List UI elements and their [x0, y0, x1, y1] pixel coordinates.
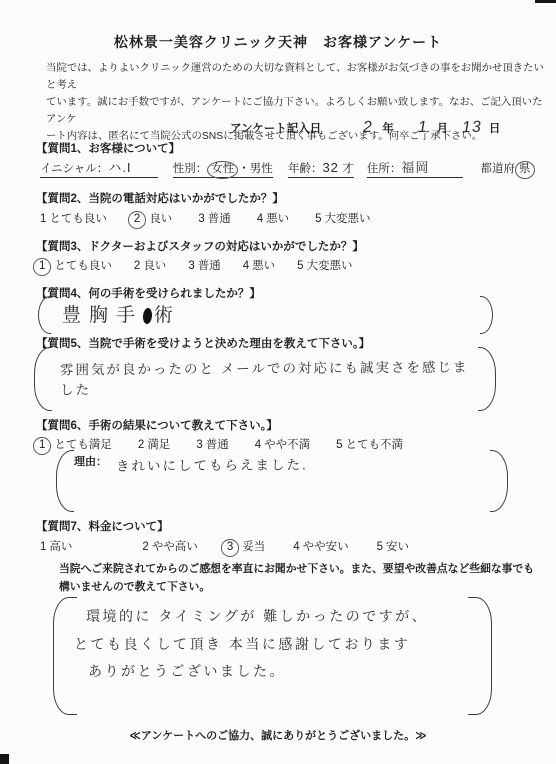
q2-option-2-selected: 2良い [133, 210, 172, 229]
scan-artifact-bottom-corner [0, 754, 9, 764]
final-comment-prompt: 当院へご来院されてからのご感想を率直にお聞かせ下さい。また、要望や改善点など些細… [59, 561, 539, 596]
gender-selection-circle: 女性 [207, 161, 238, 179]
q6-option-4: 4やや不満 [255, 436, 310, 455]
q2-option-4: 4悪い [257, 210, 289, 229]
q2-heading: 【質問2、当院の電話対応はいかがでしたか？】 [36, 190, 284, 206]
q4-answer-bracket-right [480, 296, 493, 334]
q6-option-5: 5とても不満 [336, 436, 403, 455]
q7-option-5: 5安い [377, 538, 409, 557]
date-day-unit: 日 [489, 120, 501, 136]
q6-handwritten-reason: きれいにしてもらえました. [116, 453, 308, 474]
final-prompt-line-1: 当院へご来院されてからのご感想を率直にお聞かせ下さい。また、要望や改善点など些細… [59, 561, 539, 579]
final-handwritten-line-1: 環境的に タイミングが 難しかったのですが、 [86, 606, 428, 626]
q3-option-1-selected: 1とても良い [38, 257, 112, 276]
date-label: アンケート記入日 [230, 120, 321, 136]
scan-artifact-top-edge [535, 0, 556, 3]
scanned-survey-page: 松林景一美容クリニック天神 お客様アンケート 当院では、よりよいクリニック運営の… [0, 0, 556, 764]
q6-reason-bracket-left [56, 450, 74, 512]
prefecture-field: 都道府県 [481, 163, 535, 175]
q2-option-5: 5大変悪い [315, 210, 370, 229]
q3-heading: 【質問3、ドクターおよびスタッフの対応はいかがでしたか？】 [36, 238, 364, 254]
q3-option-3: 3普通 [188, 257, 220, 276]
q4-heading: 【質問4、何の手術を受けられましたか？】 [36, 285, 261, 301]
date-month-unit: 月 [437, 120, 449, 136]
q5-heading: 【質問5、当院で手術を受けようと決めた理由を教えて下さい。】 [36, 335, 370, 351]
q1-fields-row: イニシャル：ハ.I 性別：女性・男性 年齢：32 才 住所：福岡 都道府県 [40, 157, 535, 176]
survey-date-row: アンケート記入日 2 年 1 月 13 日 [230, 119, 500, 137]
prefecture-selection-circle: 県 [515, 161, 535, 179]
q7-selection-circle: 3 [221, 539, 239, 557]
q7-option-3-selected: 3妥当 [226, 538, 265, 557]
age-unit: 才 [342, 163, 354, 175]
q6-option-3: 3普通 [196, 436, 228, 455]
q2-option-1: 1とても良い [40, 210, 107, 229]
survey-title: 松林景一美容クリニック天神 お客様アンケート [0, 32, 556, 52]
address-handwritten-value: 福岡 [401, 160, 429, 175]
gender-field: 性別：女性・男性 [173, 163, 273, 178]
prefecture-prefix: 都道府 [481, 163, 516, 175]
q3-option-5: 5大変悪い [297, 257, 352, 276]
q5-handwritten-answer: 雰囲気が良かったのと メールでの対応にも誠実さを感じました [60, 356, 480, 399]
age-handwritten-value: 32 [322, 160, 338, 175]
q7-option-4: 4やや安い [293, 538, 348, 557]
final-handwritten-line-2: とても良くして頂き 本当に感謝しております [74, 634, 410, 654]
address-label: 住所： [367, 163, 402, 175]
date-year-handwritten: 2 [363, 119, 374, 137]
q4-answer-bracket-left [38, 296, 51, 334]
q5-answer-bracket-left [34, 347, 52, 411]
q2-option-3: 3普通 [198, 210, 230, 229]
initial-field: イニシャル：ハ.I [40, 163, 158, 178]
q3-options-row: 1とても良い 2良い 3普通 4悪い 5大変悪い [38, 257, 353, 276]
q2-selection-circle: 2 [128, 211, 146, 229]
final-handwritten-line-3: ありがとうございました。 [88, 661, 286, 681]
q7-heading: 【質問7、料金について】 [36, 518, 169, 534]
initial-handwritten-value: ハ.I [108, 160, 131, 175]
gender-label: 性別： [173, 163, 208, 175]
q7-option-2: 2やや高い [142, 538, 197, 557]
q7-option-1: 1高い [40, 538, 72, 557]
q3-option-4: 4悪い [243, 257, 275, 276]
redaction-mark [142, 308, 153, 325]
age-field: 年齢：32 才 [288, 163, 354, 178]
initial-label: イニシャル： [40, 163, 108, 175]
q4-handwritten-answer: 豊胸手術 [62, 300, 181, 327]
date-month-handwritten: 1 [417, 119, 428, 137]
q7-options-row: 1高い 2やや高い 3妥当 4やや安い 5安い [40, 538, 409, 557]
q1-heading: 【質問1、お客様について】 [36, 140, 180, 156]
intro-line-1: 当院では、よりよいクリニック運営のための大切な資料として、お客様がお気づきの事を… [46, 60, 546, 94]
gender-male-option: ・男性 [238, 163, 273, 175]
q6-option-2: 2満足 [138, 436, 170, 455]
final-answer-bracket-left [53, 597, 77, 715]
age-label: 年齢： [288, 163, 323, 175]
q3-option-2: 2良い [134, 257, 166, 276]
footer-thanks: ≪アンケートへのご協力、誠にありがとうございました。≫ [0, 727, 556, 743]
final-prompt-line-2: 構いませんので教えて下さい。 [59, 579, 539, 597]
q6-reason-bracket-right [490, 450, 508, 512]
q6-selection-circle: 1 [33, 437, 51, 455]
q6-reason-label: 理由： [74, 453, 107, 469]
q5-answer-bracket-right [478, 347, 496, 411]
q3-selection-circle: 1 [33, 258, 51, 276]
q6-heading: 【質問6、手術の結果について教えて下さい。】 [36, 417, 278, 433]
q2-options-row: 1とても良い 2良い 3普通 4悪い 5大変悪い [40, 210, 371, 229]
address-field: 住所：福岡 [367, 163, 464, 178]
date-day-handwritten: 13 [462, 119, 482, 138]
final-answer-bracket-right [468, 597, 492, 715]
date-year-unit: 年 [382, 120, 394, 136]
